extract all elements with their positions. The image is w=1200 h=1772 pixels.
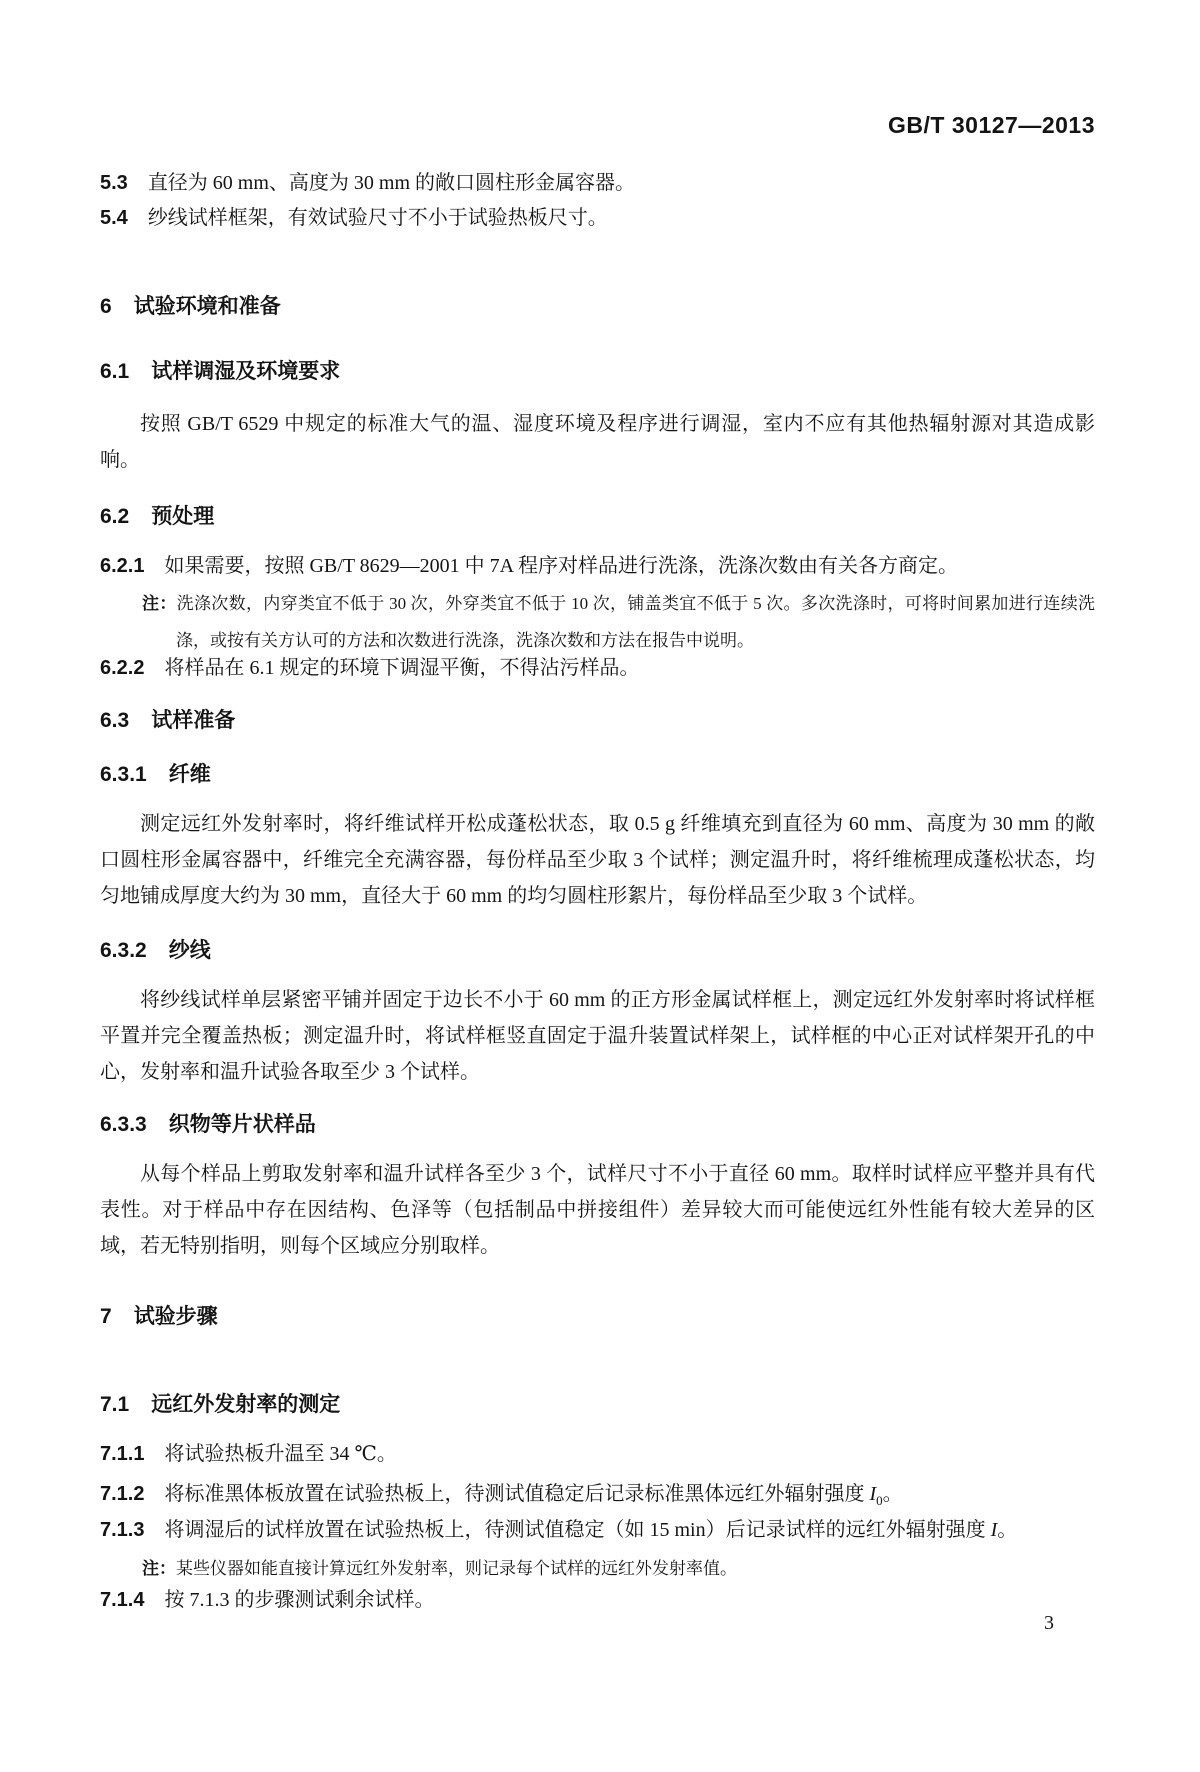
clause-number: 5.4: [100, 207, 128, 229]
section-heading-6-3-2: 6.3.2纱线: [100, 936, 1095, 966]
clause-text: 如果需要，按照 GB/T 8629—2001 中 7A 程序对样品进行洗涤，洗涤…: [164, 555, 958, 577]
section-heading-6-1: 6.1试样调湿及环境要求: [100, 357, 1095, 387]
section-title: 织物等片状样品: [169, 1113, 316, 1136]
section-title: 试样准备: [151, 709, 235, 732]
section-heading-7-1: 7.1远红外发射率的测定: [100, 1390, 1095, 1420]
clause-number: 7.1.4: [100, 1589, 144, 1611]
clause-6-2-2: 6.2.2将样品在 6.1 规定的环境下调湿平衡，不得沾污样品。: [100, 651, 1095, 686]
clause-7-1-1: 7.1.1将试验热板升温至 34 ℃。: [100, 1437, 1095, 1472]
clause-6-2-1: 6.2.1如果需要，按照 GB/T 8629—2001 中 7A 程序对样品进行…: [100, 549, 1095, 584]
clause-number: 7.1.1: [100, 1443, 144, 1465]
paragraph-6-3-2: 将纱线试样单层紧密平铺并固定于边长不小于 60 mm 的正方形金属试样框上，测定…: [100, 982, 1095, 1090]
paragraph-6-3-3: 从每个样品上剪取发射率和温升试样各至少 3 个，试样尺寸不小于直径 60 mm。…: [100, 1156, 1095, 1264]
section-heading-6-3-1: 6.3.1纤维: [100, 760, 1095, 790]
section-number: 6: [100, 295, 112, 318]
section-number: 6.2: [100, 505, 129, 528]
note-label: 注：: [142, 594, 177, 613]
paragraph-6-3-1: 测定远红外发射率时，将纤维试样开松成蓬松状态，取 0.5 g 纤维填充到直径为 …: [100, 806, 1095, 914]
section-number: 7.1: [100, 1393, 129, 1416]
section-title: 远红外发射率的测定: [151, 1393, 340, 1416]
section-number: 7: [100, 1305, 112, 1328]
clause-7-1-3: 7.1.3将调湿后的试样放置在试验热板上，待测试值稳定（如 15 min）后记录…: [100, 1513, 1095, 1548]
clause-number: 5.3: [100, 172, 128, 194]
clause-5-3: 5.3直径为 60 mm、高度为 30 mm 的敞口圆柱形金属容器。: [100, 166, 1095, 201]
note-text: 某些仪器如能直接计算远红外发射率，则记录每个试样的远红外发射率值。: [176, 1559, 737, 1578]
section-number: 6.1: [100, 360, 129, 383]
clause-number: 6.2.1: [100, 555, 144, 577]
clause-text-after: 。: [883, 1483, 903, 1505]
section-number: 6.3.2: [100, 939, 147, 962]
note-text: 洗涤次数，内穿类宜不低于 30 次，外穿类宜不低于 10 次，铺盖类宜不低于 5…: [176, 594, 1095, 650]
note-6-2-1: 注：洗涤次数，内穿类宜不低于 30 次，外穿类宜不低于 10 次，铺盖类宜不低于…: [100, 585, 1095, 659]
clause-number: 6.2.2: [100, 657, 144, 679]
clause-5-4: 5.4纱线试样框架，有效试验尺寸不小于试验热板尺寸。: [100, 201, 1095, 236]
clause-text: 纱线试样框架，有效试验尺寸不小于试验热板尺寸。: [148, 207, 608, 229]
section-title: 试验环境和准备: [134, 295, 281, 318]
page-number: 3: [1044, 1612, 1054, 1635]
clause-7-1-2: 7.1.2将标准黑体板放置在试验热板上，待测试值稳定后记录标准黑体远红外辐射强度…: [100, 1477, 1095, 1512]
clause-text: 将标准黑体板放置在试验热板上，待测试值稳定后记录标准黑体远红外辐射强度: [164, 1483, 869, 1505]
clause-7-1-4: 7.1.4按 7.1.3 的步骤测试剩余试样。: [100, 1583, 1095, 1618]
section-title: 纤维: [169, 763, 211, 786]
standard-code-header: GB/T 30127—2013: [100, 112, 1095, 139]
paragraph-6-1: 按照 GB/T 6529 中规定的标准大气的温、湿度环境及程序进行调湿，室内不应…: [100, 406, 1095, 478]
clause-number: 7.1.2: [100, 1483, 144, 1505]
clause-text: 将试验热板升温至 34 ℃。: [164, 1443, 396, 1465]
clause-text-after: 。: [997, 1519, 1017, 1541]
note-label: 注：: [142, 1559, 176, 1578]
clause-text: 将调湿后的试样放置在试验热板上，待测试值稳定（如 15 min）后记录试样的远红…: [164, 1519, 990, 1541]
clause-text: 直径为 60 mm、高度为 30 mm 的敞口圆柱形金属容器。: [148, 172, 635, 194]
document-page: GB/T 30127—2013 5.3直径为 60 mm、高度为 30 mm 的…: [0, 0, 1200, 1772]
section-title: 试样调湿及环境要求: [151, 360, 340, 383]
clause-text: 将样品在 6.1 规定的环境下调湿平衡，不得沾污样品。: [164, 657, 639, 679]
section-heading-6-3: 6.3试样准备: [100, 706, 1095, 736]
section-title: 纱线: [169, 939, 211, 962]
section-number: 6.3.1: [100, 763, 147, 786]
clause-number: 7.1.3: [100, 1519, 144, 1541]
section-title: 预处理: [151, 505, 214, 528]
section-heading-6-3-3: 6.3.3织物等片状样品: [100, 1110, 1095, 1140]
section-number: 6.3: [100, 709, 129, 732]
section-heading-6: 6试验环境和准备: [100, 292, 1095, 322]
section-heading-6-2: 6.2预处理: [100, 502, 1095, 532]
clause-text: 按 7.1.3 的步骤测试剩余试样。: [164, 1589, 434, 1611]
section-heading-7: 7试验步骤: [100, 1302, 1095, 1332]
section-title: 试验步骤: [134, 1305, 218, 1328]
note-7-1-3: 注：某些仪器如能直接计算远红外发射率，则记录每个试样的远红外发射率值。: [100, 1550, 1095, 1587]
section-number: 6.3.3: [100, 1113, 147, 1136]
